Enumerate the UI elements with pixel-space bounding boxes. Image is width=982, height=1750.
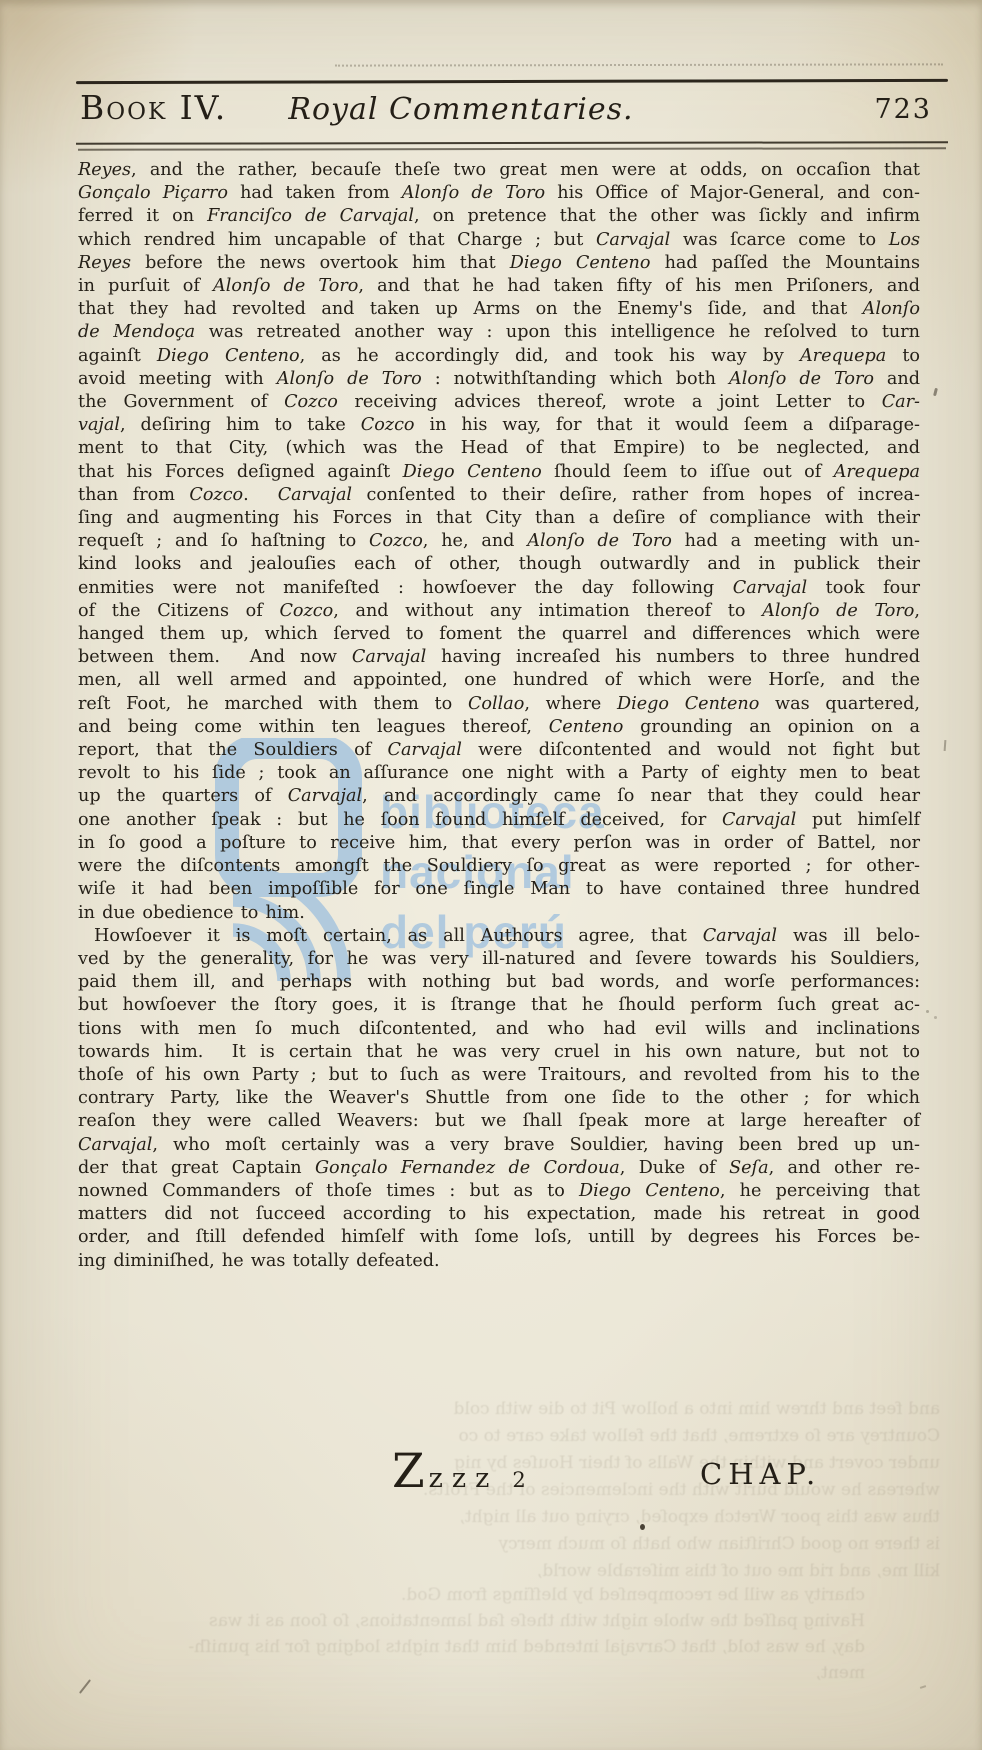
text-line: men, all well armed and appointed, one h… bbox=[78, 669, 920, 692]
bleedthrough-line: ment, bbox=[95, 1660, 865, 1686]
text-line: matters did not ſucceed according to his… bbox=[78, 1203, 920, 1226]
text-line: avoid meeting with Alonſo de Toro : notw… bbox=[78, 368, 920, 391]
text-line: report, that the Souldiers of Carvajal w… bbox=[78, 739, 920, 762]
text-line: ferred it on Franciſco de Carvajal, on p… bbox=[78, 205, 920, 228]
text-line: the Government of Cozco receiving advice… bbox=[78, 391, 920, 414]
text-line: hanged them up, which ſerved to foment t… bbox=[78, 623, 920, 646]
header-rule-lower bbox=[78, 147, 946, 150]
text-line: towards him. It is certain that he was v… bbox=[78, 1041, 920, 1064]
text-line: ing diminiſhed, he was totally defeated. bbox=[78, 1250, 920, 1273]
text-line: order, and ſtill defended himſelf with ſ… bbox=[78, 1226, 920, 1249]
text-line: and being come within ten leagues thereo… bbox=[78, 716, 920, 739]
text-line: de Mendoça was retreated another way : u… bbox=[78, 321, 920, 344]
top-rule bbox=[76, 79, 948, 84]
text-line: nowned Commanders of thoſe times : but a… bbox=[78, 1180, 920, 1203]
text-line: than from Cozco. Carvajal conſented to t… bbox=[78, 484, 920, 507]
text-line: Reyes before the news overtook him that … bbox=[78, 252, 920, 275]
running-head-title: Royal Commentaries. bbox=[0, 92, 922, 127]
book-page: and feet and threw him into a hollow Pit… bbox=[0, 0, 982, 1750]
text-line: kind looks and jealouſies each of other,… bbox=[78, 553, 920, 576]
text-line: up the quarters of Carvajal, and accordi… bbox=[78, 785, 920, 808]
text-line: ved by the generality, for he was very i… bbox=[78, 948, 920, 971]
text-line: againſt Diego Centeno, as he accordingly… bbox=[78, 345, 920, 368]
text-line: that his Forces deſigned againſt Diego C… bbox=[78, 461, 920, 484]
signature-big-letter: Z bbox=[392, 1444, 425, 1499]
text-line: der that great Captain Gonçalo Fernandez… bbox=[78, 1157, 920, 1180]
text-line: tions with men ſo much diſcontented, and… bbox=[78, 1018, 920, 1041]
text-line: one another ſpeak : but he ſoon found hi… bbox=[78, 809, 920, 832]
text-line: but howſoever the ſtory goes, it is ſtra… bbox=[78, 994, 920, 1017]
ink-speck bbox=[944, 740, 947, 751]
bleedthrough-line: Having paſſed the whole night with theſe… bbox=[95, 1608, 865, 1634]
ink-speck bbox=[920, 1685, 926, 1689]
ink-speck bbox=[933, 388, 938, 396]
text-line: ſing and augmenting his Forces in that C… bbox=[78, 507, 920, 530]
text-line: enmities were not manifeſted : howſoever… bbox=[78, 577, 920, 600]
text-line: that they had revolted and taken up Arms… bbox=[78, 298, 920, 321]
signature-number: 2 bbox=[512, 1468, 525, 1492]
bleedthrough-line: kill me, and rid me out of this miſerabl… bbox=[385, 1558, 940, 1585]
bleedthrough-line: charity as will be recompenſed by bleſſi… bbox=[95, 1582, 865, 1608]
text-line: requeſt ; and ſo haſtning to Cozco, he, … bbox=[78, 530, 920, 553]
bleedthrough-line: and feet and threw him into a hollow Pit… bbox=[385, 1396, 940, 1423]
signature-small-letters: zzz bbox=[429, 1463, 499, 1494]
signature-mark: Zzzz2 bbox=[392, 1444, 526, 1499]
text-line: wiſe it had been impoſſible for one ſing… bbox=[78, 878, 920, 901]
text-line: reſt Foot, he marched with them to Colla… bbox=[78, 693, 920, 716]
text-line: Carvajal, who moſt certainly was a very … bbox=[78, 1134, 920, 1157]
text-line: contrary Party, like the Weaver's Shuttl… bbox=[78, 1087, 920, 1110]
text-line: in purſuit of Alonſo de Toro, and that h… bbox=[78, 275, 920, 298]
page-number: 723 bbox=[874, 94, 932, 125]
text-line: in due obedience to him. bbox=[78, 902, 920, 925]
text-line: between them. And now Carvajal having in… bbox=[78, 646, 920, 669]
ink-speck bbox=[926, 1010, 929, 1013]
text-line: which rendred him uncapable of that Char… bbox=[78, 229, 920, 252]
text-line: Reyes, and the rather, becauſe theſe two… bbox=[78, 159, 920, 182]
paragraph: Howſoever it is moſt certain, as all Aut… bbox=[78, 925, 920, 1273]
faint-dotted-rule bbox=[335, 63, 943, 66]
text-line: paid them ill, and perhaps with nothing … bbox=[78, 971, 920, 994]
text-line: reaſon they were called Weavers: but we … bbox=[78, 1110, 920, 1133]
text-line: were the diſcontents amongſt the Souldie… bbox=[78, 855, 920, 878]
text-line: Howſoever it is moſt certain, as all Aut… bbox=[78, 925, 920, 948]
ink-speck bbox=[79, 1679, 91, 1694]
paragraph: Reyes, and the rather, becauſe theſe two… bbox=[78, 159, 920, 925]
text-line: of the Citizens of Cozco, and without an… bbox=[78, 600, 920, 623]
text-line: revolt to his ſide ; took an aſſurance o… bbox=[78, 762, 920, 785]
text-line: ment to that City, (which was the Head o… bbox=[78, 437, 920, 460]
body-text: Reyes, and the rather, becauſe theſe two… bbox=[78, 159, 920, 1273]
text-line: vajal, deſiring him to take Cozco in his… bbox=[78, 414, 920, 437]
header-rule-upper bbox=[76, 141, 948, 145]
text-line: in ſo good a poſture to receive him, tha… bbox=[78, 832, 920, 855]
bleedthrough-line: thus was this poor Wretch expoſed, cryin… bbox=[385, 1504, 940, 1531]
text-line: Gonçalo Piçarro had taken from Alonſo de… bbox=[78, 182, 920, 205]
bleedthrough-line: is there no good Chriſtian who hath ſo m… bbox=[385, 1531, 940, 1558]
bleedthrough-text: charity as will be recompenſed by bleſſi… bbox=[95, 1582, 865, 1686]
text-line: thoſe of his own Party ; but to ſuch as … bbox=[78, 1064, 920, 1087]
bleedthrough-line: day, he was told, that Carvajal intended… bbox=[95, 1634, 865, 1660]
ink-speck bbox=[934, 1016, 937, 1019]
catchword: CHAP. bbox=[700, 1457, 821, 1491]
ink-speck bbox=[640, 1524, 645, 1530]
